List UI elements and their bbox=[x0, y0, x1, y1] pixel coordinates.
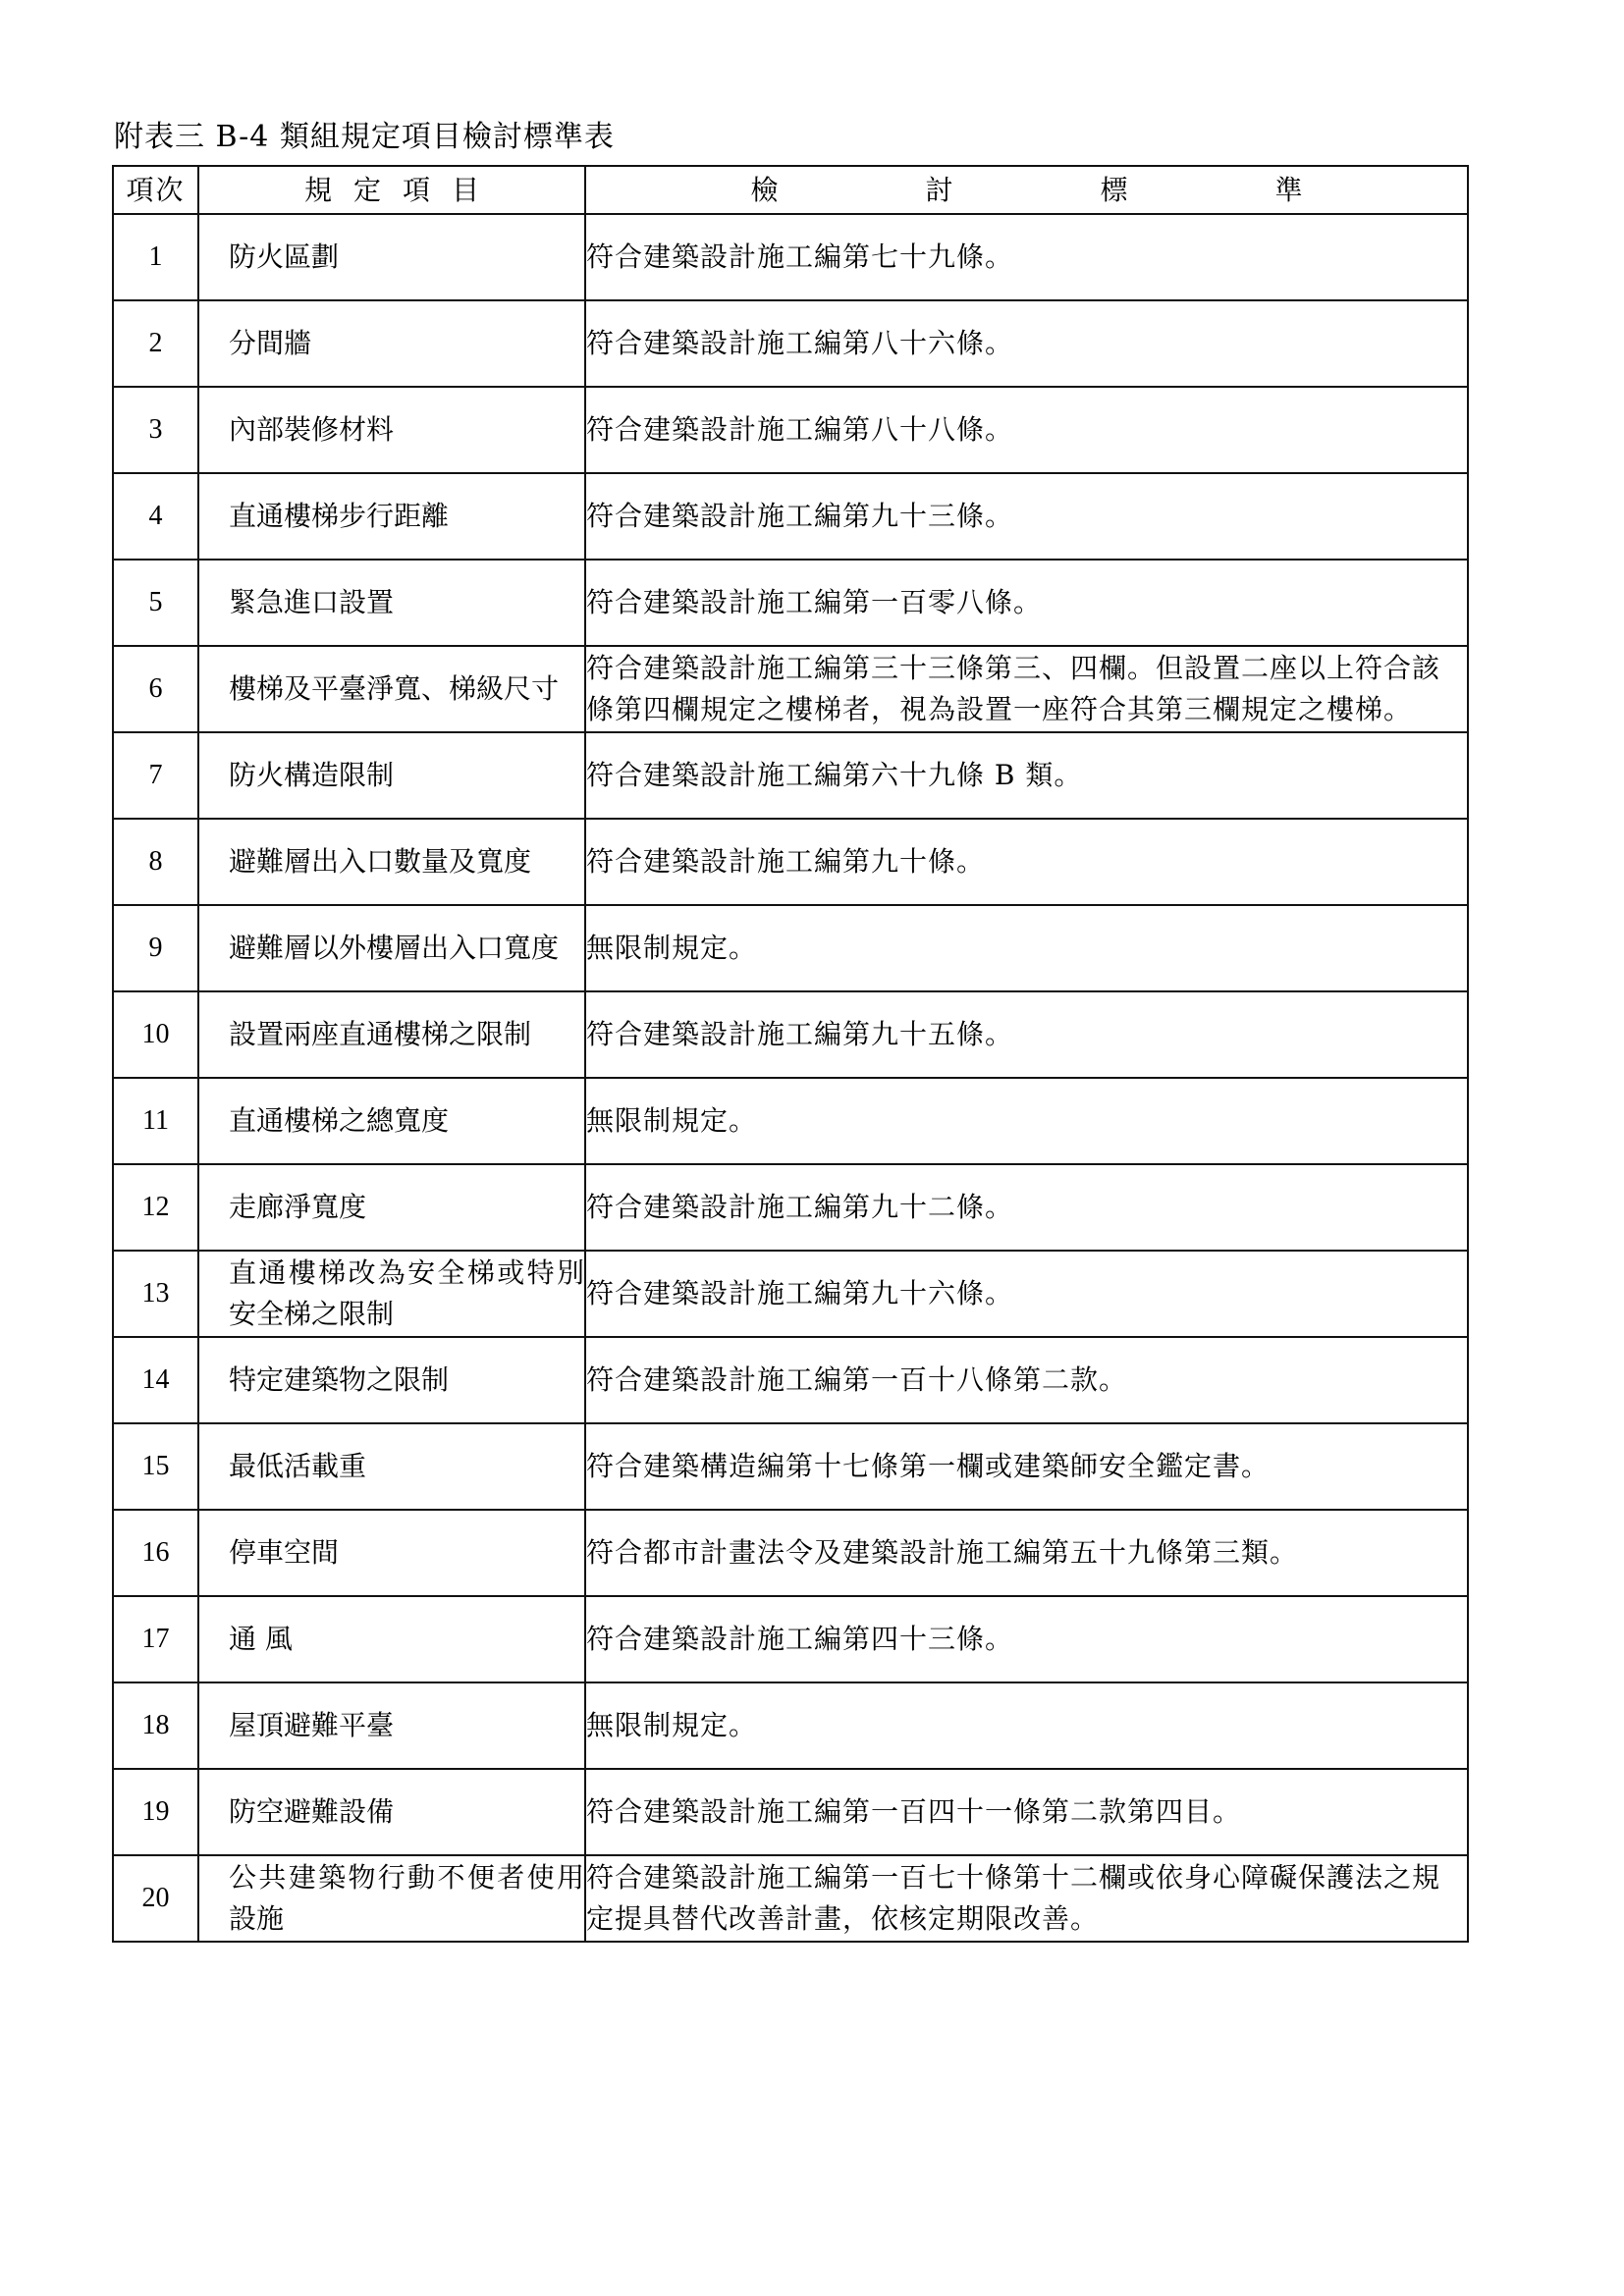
table-row: 20公共建築物行動不便者使用設施符合建築設計施工編第一百七十條第十二欄或依身心障… bbox=[113, 1855, 1468, 1942]
column-header-item: 規定項目 bbox=[198, 166, 585, 214]
cell-item-number: 18 bbox=[113, 1682, 198, 1769]
cell-item-number: 11 bbox=[113, 1078, 198, 1164]
cell-review-standard: 符合建築設計施工編第七十九條。 bbox=[585, 214, 1468, 300]
regulation-item-text: 避難層出入口數量及寬度 bbox=[199, 841, 584, 882]
cell-item-number: 16 bbox=[113, 1510, 198, 1596]
column-header-item-label: 規定項目 bbox=[283, 174, 501, 206]
table-row: 8避難層出入口數量及寬度符合建築設計施工編第九十條。 bbox=[113, 819, 1468, 905]
cell-review-standard: 符合都市計畫法令及建築設計施工編第五十九條第三類。 bbox=[585, 1510, 1468, 1596]
regulation-item-text: 停車空間 bbox=[199, 1532, 584, 1574]
review-standard-text: 符合建築設計施工編第九十條。 bbox=[586, 841, 1467, 882]
cell-item-number: 1 bbox=[113, 214, 198, 300]
cell-item-number: 10 bbox=[113, 991, 198, 1078]
column-header-no-label: 項次 bbox=[126, 174, 185, 206]
regulation-item-text: 樓梯及平臺淨寬、梯級尺寸 bbox=[199, 668, 584, 710]
review-standard-text: 符合建築設計施工編第一百十八條第二款。 bbox=[586, 1360, 1467, 1401]
regulation-item-text: 防火構造限制 bbox=[199, 755, 584, 796]
review-standard-text: 符合建築構造編第十七條第一欄或建築師安全鑑定書。 bbox=[586, 1446, 1467, 1487]
table-body: 1防火區劃符合建築設計施工編第七十九條。2分間牆符合建築設計施工編第八十六條。3… bbox=[113, 214, 1468, 1942]
table-row: 19防空避難設備符合建築設計施工編第一百四十一條第二款第四目。 bbox=[113, 1769, 1468, 1855]
regulation-item-text: 公共建築物行動不便者使用設施 bbox=[199, 1857, 584, 1940]
table-row: 4直通樓梯步行距離符合建築設計施工編第九十三條。 bbox=[113, 473, 1468, 560]
regulation-item-text: 避難層以外樓層出入口寬度 bbox=[199, 928, 584, 969]
review-standard-text: 符合建築設計施工編第一百四十一條第二款第四目。 bbox=[586, 1791, 1467, 1833]
cell-review-standard: 符合建築設計施工編第六十九條 B 類。 bbox=[585, 732, 1468, 819]
cell-review-standard: 符合建築設計施工編第一百七十條第十二欄或依身心障礙保護法之規定提具替代改善計畫，… bbox=[585, 1855, 1468, 1942]
table-row: 1防火區劃符合建築設計施工編第七十九條。 bbox=[113, 214, 1468, 300]
cell-regulation-item: 屋頂避難平臺 bbox=[198, 1682, 585, 1769]
cell-regulation-item: 直通樓梯步行距離 bbox=[198, 473, 585, 560]
cell-item-number: 19 bbox=[113, 1769, 198, 1855]
cell-regulation-item: 防火構造限制 bbox=[198, 732, 585, 819]
review-standard-text: 符合建築設計施工編第一百零八條。 bbox=[586, 582, 1467, 623]
regulation-item-text: 直通樓梯改為安全梯或特別安全梯之限制 bbox=[199, 1253, 584, 1335]
table-row: 14特定建築物之限制符合建築設計施工編第一百十八條第二款。 bbox=[113, 1337, 1468, 1423]
table-row: 5緊急進口設置符合建築設計施工編第一百零八條。 bbox=[113, 560, 1468, 646]
regulation-item-text: 特定建築物之限制 bbox=[199, 1360, 584, 1401]
cell-review-standard: 符合建築設計施工編第九十五條。 bbox=[585, 991, 1468, 1078]
cell-review-standard: 無限制規定。 bbox=[585, 1682, 1468, 1769]
cell-review-standard: 符合建築設計施工編第八十六條。 bbox=[585, 300, 1468, 387]
cell-item-number: 20 bbox=[113, 1855, 198, 1942]
regulation-item-text: 最低活載重 bbox=[199, 1446, 584, 1487]
cell-item-number: 2 bbox=[113, 300, 198, 387]
page-title: 附表三 B-4 類組規定項目檢討標準表 bbox=[114, 120, 615, 155]
cell-item-number: 12 bbox=[113, 1164, 198, 1251]
cell-regulation-item: 直通樓梯改為安全梯或特別安全梯之限制 bbox=[198, 1251, 585, 1337]
review-standard-text: 符合建築設計施工編第六十九條 B 類。 bbox=[586, 755, 1467, 796]
regulation-item-text: 屋頂避難平臺 bbox=[199, 1705, 584, 1746]
column-header-standard-label: 檢討標準 bbox=[603, 174, 1449, 206]
review-standard-text: 無限制規定。 bbox=[586, 928, 1467, 969]
table-row: 16停車空間符合都市計畫法令及建築設計施工編第五十九條第三類。 bbox=[113, 1510, 1468, 1596]
review-standard-text: 無限制規定。 bbox=[586, 1705, 1467, 1746]
review-standard-text: 符合建築設計施工編第八十六條。 bbox=[586, 323, 1467, 364]
cell-item-number: 3 bbox=[113, 387, 198, 473]
cell-review-standard: 符合建築構造編第十七條第一欄或建築師安全鑑定書。 bbox=[585, 1423, 1468, 1510]
regulation-item-text: 緊急進口設置 bbox=[199, 582, 584, 623]
table-row: 11直通樓梯之總寬度無限制規定。 bbox=[113, 1078, 1468, 1164]
table-row: 2分間牆符合建築設計施工編第八十六條。 bbox=[113, 300, 1468, 387]
table-row: 17通 風符合建築設計施工編第四十三條。 bbox=[113, 1596, 1468, 1682]
review-standard-table: 項次 規定項目 檢討標準 1防火區劃符合建築設計施工編第七十九條。2分間牆符合建… bbox=[112, 165, 1469, 1943]
cell-regulation-item: 緊急進口設置 bbox=[198, 560, 585, 646]
regulation-item-text: 分間牆 bbox=[199, 323, 584, 364]
cell-regulation-item: 特定建築物之限制 bbox=[198, 1337, 585, 1423]
regulation-item-text: 直通樓梯步行距離 bbox=[199, 496, 584, 537]
review-standard-text: 符合都市計畫法令及建築設計施工編第五十九條第三類。 bbox=[586, 1532, 1467, 1574]
regulation-item-text: 防空避難設備 bbox=[199, 1791, 584, 1833]
table-row: 6樓梯及平臺淨寬、梯級尺寸符合建築設計施工編第三十三條第三、四欄。但設置二座以上… bbox=[113, 646, 1468, 732]
cell-item-number: 17 bbox=[113, 1596, 198, 1682]
review-standard-text: 無限制規定。 bbox=[586, 1100, 1467, 1142]
cell-regulation-item: 通 風 bbox=[198, 1596, 585, 1682]
cell-item-number: 6 bbox=[113, 646, 198, 732]
cell-review-standard: 符合建築設計施工編第一百四十一條第二款第四目。 bbox=[585, 1769, 1468, 1855]
cell-regulation-item: 避難層出入口數量及寬度 bbox=[198, 819, 585, 905]
review-standard-text: 符合建築設計施工編第九十六條。 bbox=[586, 1273, 1467, 1314]
cell-review-standard: 符合建築設計施工編第三十三條第三、四欄。但設置二座以上符合該條第四欄規定之樓梯者… bbox=[585, 646, 1468, 732]
regulation-item-text: 防火區劃 bbox=[199, 237, 584, 278]
cell-regulation-item: 公共建築物行動不便者使用設施 bbox=[198, 1855, 585, 1942]
cell-item-number: 7 bbox=[113, 732, 198, 819]
table-row: 3內部裝修材料符合建築設計施工編第八十八條。 bbox=[113, 387, 1468, 473]
review-standard-text: 符合建築設計施工編第一百七十條第十二欄或依身心障礙保護法之規定提具替代改善計畫，… bbox=[586, 1857, 1467, 1940]
cell-regulation-item: 走廊淨寬度 bbox=[198, 1164, 585, 1251]
cell-regulation-item: 停車空間 bbox=[198, 1510, 585, 1596]
table-row: 18屋頂避難平臺無限制規定。 bbox=[113, 1682, 1468, 1769]
regulation-item-text: 設置兩座直通樓梯之限制 bbox=[199, 1014, 584, 1055]
cell-item-number: 15 bbox=[113, 1423, 198, 1510]
cell-item-number: 4 bbox=[113, 473, 198, 560]
cell-regulation-item: 最低活載重 bbox=[198, 1423, 585, 1510]
cell-regulation-item: 避難層以外樓層出入口寬度 bbox=[198, 905, 585, 991]
cell-regulation-item: 直通樓梯之總寬度 bbox=[198, 1078, 585, 1164]
cell-item-number: 14 bbox=[113, 1337, 198, 1423]
cell-regulation-item: 防空避難設備 bbox=[198, 1769, 585, 1855]
column-header-standard: 檢討標準 bbox=[585, 166, 1468, 214]
cell-review-standard: 符合建築設計施工編第九十二條。 bbox=[585, 1164, 1468, 1251]
regulation-item-text: 內部裝修材料 bbox=[199, 409, 584, 451]
cell-review-standard: 符合建築設計施工編第九十三條。 bbox=[585, 473, 1468, 560]
cell-regulation-item: 防火區劃 bbox=[198, 214, 585, 300]
table-header-row: 項次 規定項目 檢討標準 bbox=[113, 166, 1468, 214]
cell-item-number: 8 bbox=[113, 819, 198, 905]
review-standard-text: 符合建築設計施工編第八十八條。 bbox=[586, 409, 1467, 451]
review-standard-text: 符合建築設計施工編第九十三條。 bbox=[586, 496, 1467, 537]
regulation-item-text: 直通樓梯之總寬度 bbox=[199, 1100, 584, 1142]
cell-regulation-item: 設置兩座直通樓梯之限制 bbox=[198, 991, 585, 1078]
cell-review-standard: 符合建築設計施工編第九十條。 bbox=[585, 819, 1468, 905]
table-row: 10設置兩座直通樓梯之限制符合建築設計施工編第九十五條。 bbox=[113, 991, 1468, 1078]
cell-review-standard: 符合建築設計施工編第四十三條。 bbox=[585, 1596, 1468, 1682]
cell-review-standard: 符合建築設計施工編第一百零八條。 bbox=[585, 560, 1468, 646]
review-standard-text: 符合建築設計施工編第九十二條。 bbox=[586, 1187, 1467, 1228]
review-standard-text: 符合建築設計施工編第三十三條第三、四欄。但設置二座以上符合該條第四欄規定之樓梯者… bbox=[586, 648, 1467, 730]
review-standard-text: 符合建築設計施工編第九十五條。 bbox=[586, 1014, 1467, 1055]
table-row: 13直通樓梯改為安全梯或特別安全梯之限制符合建築設計施工編第九十六條。 bbox=[113, 1251, 1468, 1337]
cell-item-number: 9 bbox=[113, 905, 198, 991]
regulation-item-text: 走廊淨寬度 bbox=[199, 1187, 584, 1228]
cell-review-standard: 符合建築設計施工編第九十六條。 bbox=[585, 1251, 1468, 1337]
cell-regulation-item: 樓梯及平臺淨寬、梯級尺寸 bbox=[198, 646, 585, 732]
table-row: 15最低活載重符合建築構造編第十七條第一欄或建築師安全鑑定書。 bbox=[113, 1423, 1468, 1510]
column-header-no: 項次 bbox=[113, 166, 198, 214]
cell-item-number: 13 bbox=[113, 1251, 198, 1337]
table-row: 7防火構造限制符合建築設計施工編第六十九條 B 類。 bbox=[113, 732, 1468, 819]
cell-regulation-item: 分間牆 bbox=[198, 300, 585, 387]
cell-review-standard: 符合建築設計施工編第一百十八條第二款。 bbox=[585, 1337, 1468, 1423]
cell-review-standard: 符合建築設計施工編第八十八條。 bbox=[585, 387, 1468, 473]
regulation-item-text: 通 風 bbox=[199, 1619, 584, 1660]
table-row: 9避難層以外樓層出入口寬度無限制規定。 bbox=[113, 905, 1468, 991]
review-standard-text: 符合建築設計施工編第七十九條。 bbox=[586, 237, 1467, 278]
review-standard-text: 符合建築設計施工編第四十三條。 bbox=[586, 1619, 1467, 1660]
table-row: 12走廊淨寬度符合建築設計施工編第九十二條。 bbox=[113, 1164, 1468, 1251]
cell-review-standard: 無限制規定。 bbox=[585, 905, 1468, 991]
cell-regulation-item: 內部裝修材料 bbox=[198, 387, 585, 473]
cell-item-number: 5 bbox=[113, 560, 198, 646]
cell-review-standard: 無限制規定。 bbox=[585, 1078, 1468, 1164]
